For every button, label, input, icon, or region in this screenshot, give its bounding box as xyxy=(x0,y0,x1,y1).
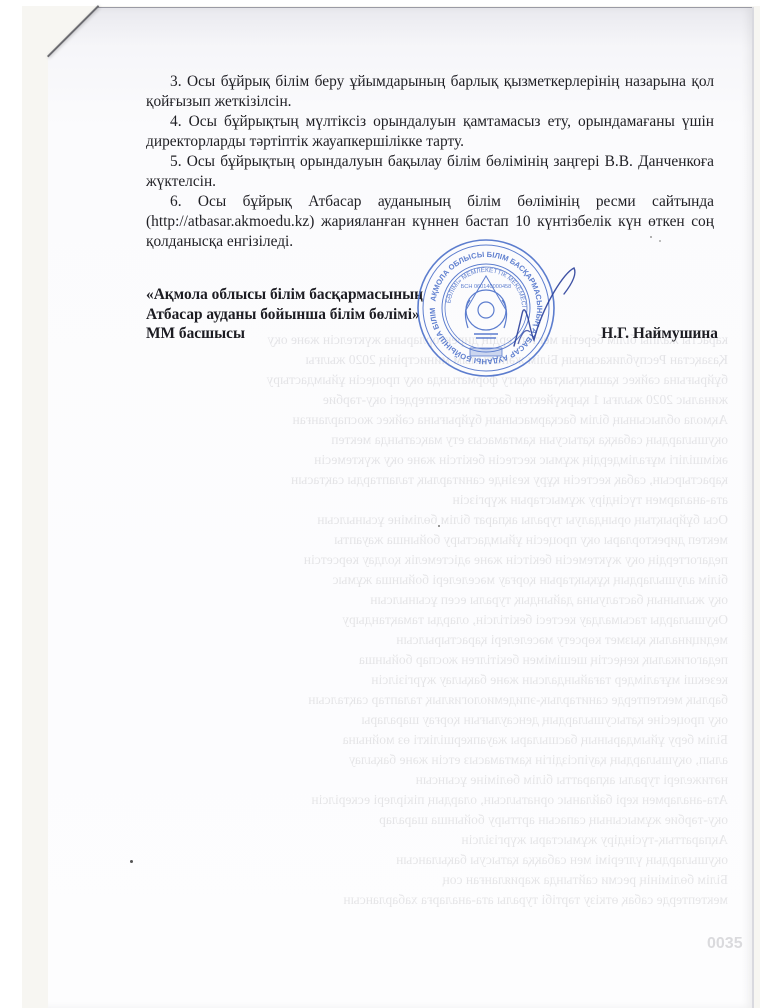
official-stamp: АҚМОЛА ОБЛЫСЫ БІЛІМ БАСҚАРМАСЫНЫҢ АТБАСА… xyxy=(414,236,598,378)
svg-text:БСН 060140000458: БСН 060140000458 xyxy=(461,284,512,290)
order-body: 3. Осы бұйрық білім беру ұйымдарының бар… xyxy=(146,72,714,252)
scan-speck xyxy=(438,525,440,527)
scan-speck xyxy=(659,240,661,242)
page-top-edge xyxy=(98,7,754,8)
page-right-edge xyxy=(752,7,754,1008)
paragraph-4: 4. Осы бұйрықтың мүлтіксіз орындалуын қа… xyxy=(146,112,714,152)
paragraph-3: 3. Осы бұйрық білім беру ұйымдарының бар… xyxy=(146,72,714,112)
page-code: 0035 xyxy=(707,935,743,953)
scan-speck xyxy=(650,236,652,238)
bleed-through-text: карасты жалпы білім беретін мектептердің… xyxy=(168,330,728,930)
scan-speck xyxy=(130,860,133,863)
signatory-name: Н.Г. Наймушина xyxy=(601,324,718,344)
paragraph-5: 5. Осы бұйрықтың орындалуын бақылау білі… xyxy=(146,152,714,192)
